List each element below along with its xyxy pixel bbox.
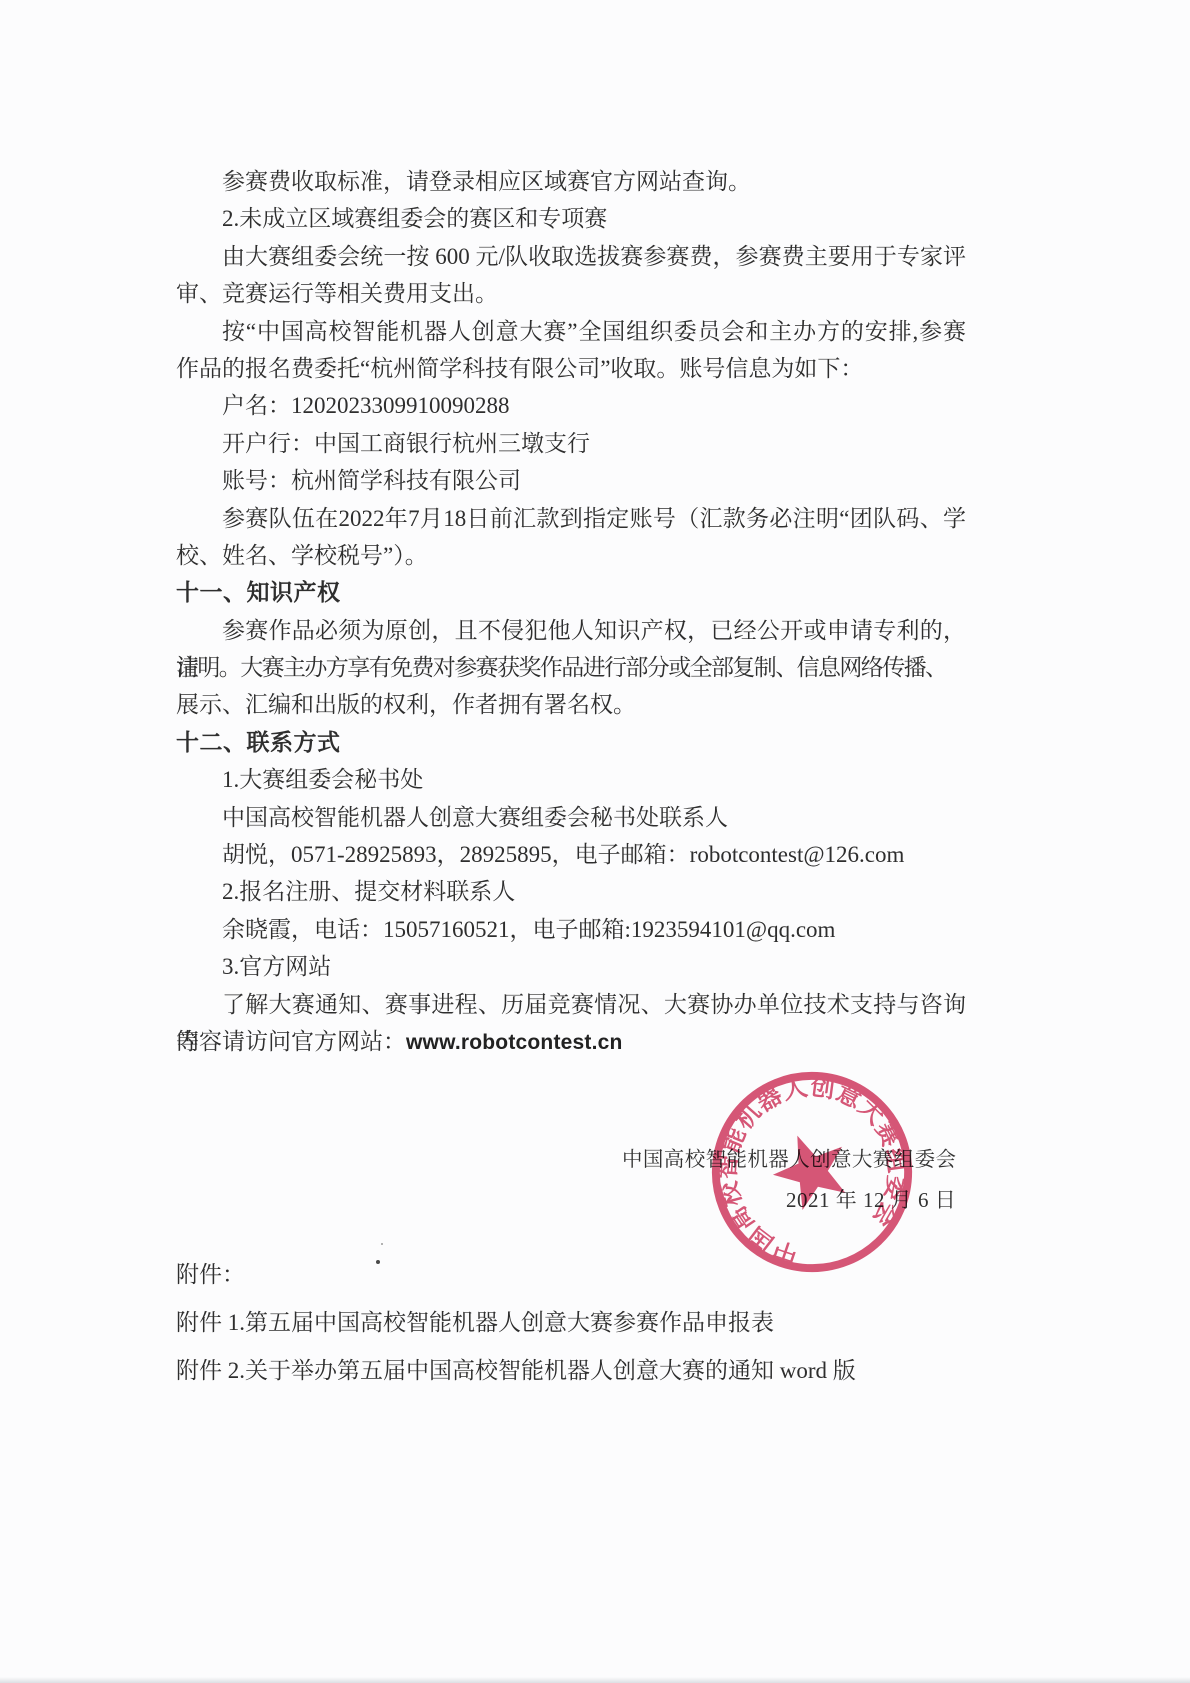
text-line: 2.未成立区域赛组委会的赛区和专项赛 (176, 200, 966, 237)
text-line: 参赛费收取标准，请登录相应区域赛官方网站查询。 (176, 163, 966, 200)
text-line: 开户行：中国工商银行杭州三墩支行 (176, 425, 966, 462)
text-line-content: 户名：1202023309910090288 (222, 393, 510, 418)
text-line-content: 校、姓名、学校税号”）。 (176, 543, 428, 568)
text-line-content: 3.官方网站 (222, 954, 331, 979)
scan-speck (376, 1260, 380, 1264)
star-icon (763, 1122, 859, 1216)
text-line-content: 2.报名注册、提交材料联系人 (222, 879, 515, 904)
text-line: 按“中国高校智能机器人创意大赛”全国组织委员会和主办方的安排,参赛 (176, 313, 966, 350)
text-line-content: 参赛队伍在2022年7月18日前汇款到指定账号（汇款务必注明“团队码、学 (222, 506, 966, 531)
text-line: 作品的报名费委托“杭州简学科技有限公司”收取。账号信息为如下： (176, 350, 966, 387)
text-line: 十一、知识产权 (176, 574, 966, 611)
document-body: 参赛费收取标准，请登录相应区域赛官方网站查询。 2.未成立区域赛组委会的赛区和专… (176, 163, 966, 1060)
text-line: 余晓霞，电话：15057160521，电子邮箱:1923594101@qq.co… (176, 911, 966, 948)
text-line-content: 十二、联系方式 (176, 729, 341, 755)
text-line-content: 内容请访问官方网站： (176, 1029, 406, 1054)
text-line: 1.大赛组委会秘书处 (176, 761, 966, 798)
text-line: 3.官方网站 (176, 948, 966, 985)
scanned-document-page: 参赛费收取标准，请登录相应区域赛官方网站查询。 2.未成立区域赛组委会的赛区和专… (0, 0, 1190, 1683)
text-line: 注明。大赛主办方享有免费对参赛获奖作品进行部分或全部复制、信息网络传播、 (176, 649, 966, 686)
official-seal: 中国高校智能机器人创意大赛组委会 (700, 1060, 924, 1284)
attachment-item: 附件 2.关于举办第五届中国高校智能机器人创意大赛的通知 word 版 (176, 1352, 856, 1385)
text-line-content: 中国高校智能机器人创意大赛组委会秘书处联系人 (222, 805, 728, 830)
text-line: 参赛队伍在2022年7月18日前汇款到指定账号（汇款务必注明“团队码、学 (176, 500, 966, 537)
text-line: 户名：1202023309910090288 (176, 387, 966, 424)
text-line-content: 2.未成立区域赛组委会的赛区和专项赛 (222, 206, 607, 231)
text-line: 十二、联系方式 (176, 724, 966, 761)
text-line: 展示、汇编和出版的权利，作者拥有署名权。 (176, 686, 966, 723)
text-line-content: 开户行：中国工商银行杭州三墩支行 (222, 431, 590, 456)
text-line: 了解大赛通知、赛事进程、历届竞赛情况、大赛协办单位技术支持与咨询等 (176, 986, 966, 1023)
attachments-section: 附件： 附件 1.第五届中国高校智能机器人创意大赛参赛作品申报表 附件 2.关于… (176, 1256, 856, 1399)
text-line-content: 注明。大赛主办方享有免费对参赛获奖作品进行部分或全部复制、信息网络传播、 (176, 655, 946, 680)
text-line-content: 展示、汇编和出版的权利，作者拥有署名权。 (176, 692, 636, 717)
text-line: 账号：杭州简学科技有限公司 (176, 462, 966, 499)
text-line: 校、姓名、学校税号”）。 (176, 537, 966, 574)
text-line-content: 胡悦，0571-28925893，28925895，电子邮箱：robotcont… (222, 842, 904, 867)
text-line-content: 账号：杭州简学科技有限公司 (222, 468, 521, 493)
text-line: 内容请访问官方网站：www.robotcontest.cn (176, 1023, 966, 1060)
text-line: 中国高校智能机器人创意大赛组委会秘书处联系人 (176, 799, 966, 836)
text-line: 审、竞赛运行等相关费用支出。 (176, 275, 966, 312)
text-line: 2.报名注册、提交材料联系人 (176, 873, 966, 910)
text-line-content: 作品的报名费委托“杭州简学科技有限公司”收取。账号信息为如下： (176, 356, 863, 381)
text-line-content: 由大赛组委会统一按 600 元/队收取选拔赛参赛费，参赛费主要用于专家评 (222, 244, 966, 269)
text-line: 胡悦，0571-28925893，28925895，电子邮箱：robotcont… (176, 836, 966, 873)
attachments-list: 附件 1.第五届中国高校智能机器人创意大赛参赛作品申报表 附件 2.关于举办第五… (176, 1304, 856, 1385)
text-line-content: 按“中国高校智能机器人创意大赛”全国组织委员会和主办方的安排,参赛 (222, 319, 966, 344)
text-line: 参赛作品必须为原创，且不侵犯他人知识产权，已经公开或申请专利的，请 (176, 612, 966, 649)
scan-speck (381, 1243, 383, 1245)
website-url: www.robotcontest.cn (406, 1031, 623, 1054)
text-line-content: 十一、知识产权 (176, 579, 341, 605)
text-line-content: 参赛费收取标准，请登录相应区域赛官方网站查询。 (222, 169, 751, 194)
attachment-item: 附件 1.第五届中国高校智能机器人创意大赛参赛作品申报表 (176, 1304, 856, 1337)
text-line-content: 1.大赛组委会秘书处 (222, 767, 423, 792)
attachments-label: 附件： (176, 1256, 856, 1289)
text-line-content: 审、竞赛运行等相关费用支出。 (176, 281, 498, 306)
text-line-content: 余晓霞，电话：15057160521，电子邮箱:1923594101@qq.co… (222, 917, 835, 942)
text-line: 由大赛组委会统一按 600 元/队收取选拔赛参赛费，参赛费主要用于专家评 (176, 238, 966, 275)
